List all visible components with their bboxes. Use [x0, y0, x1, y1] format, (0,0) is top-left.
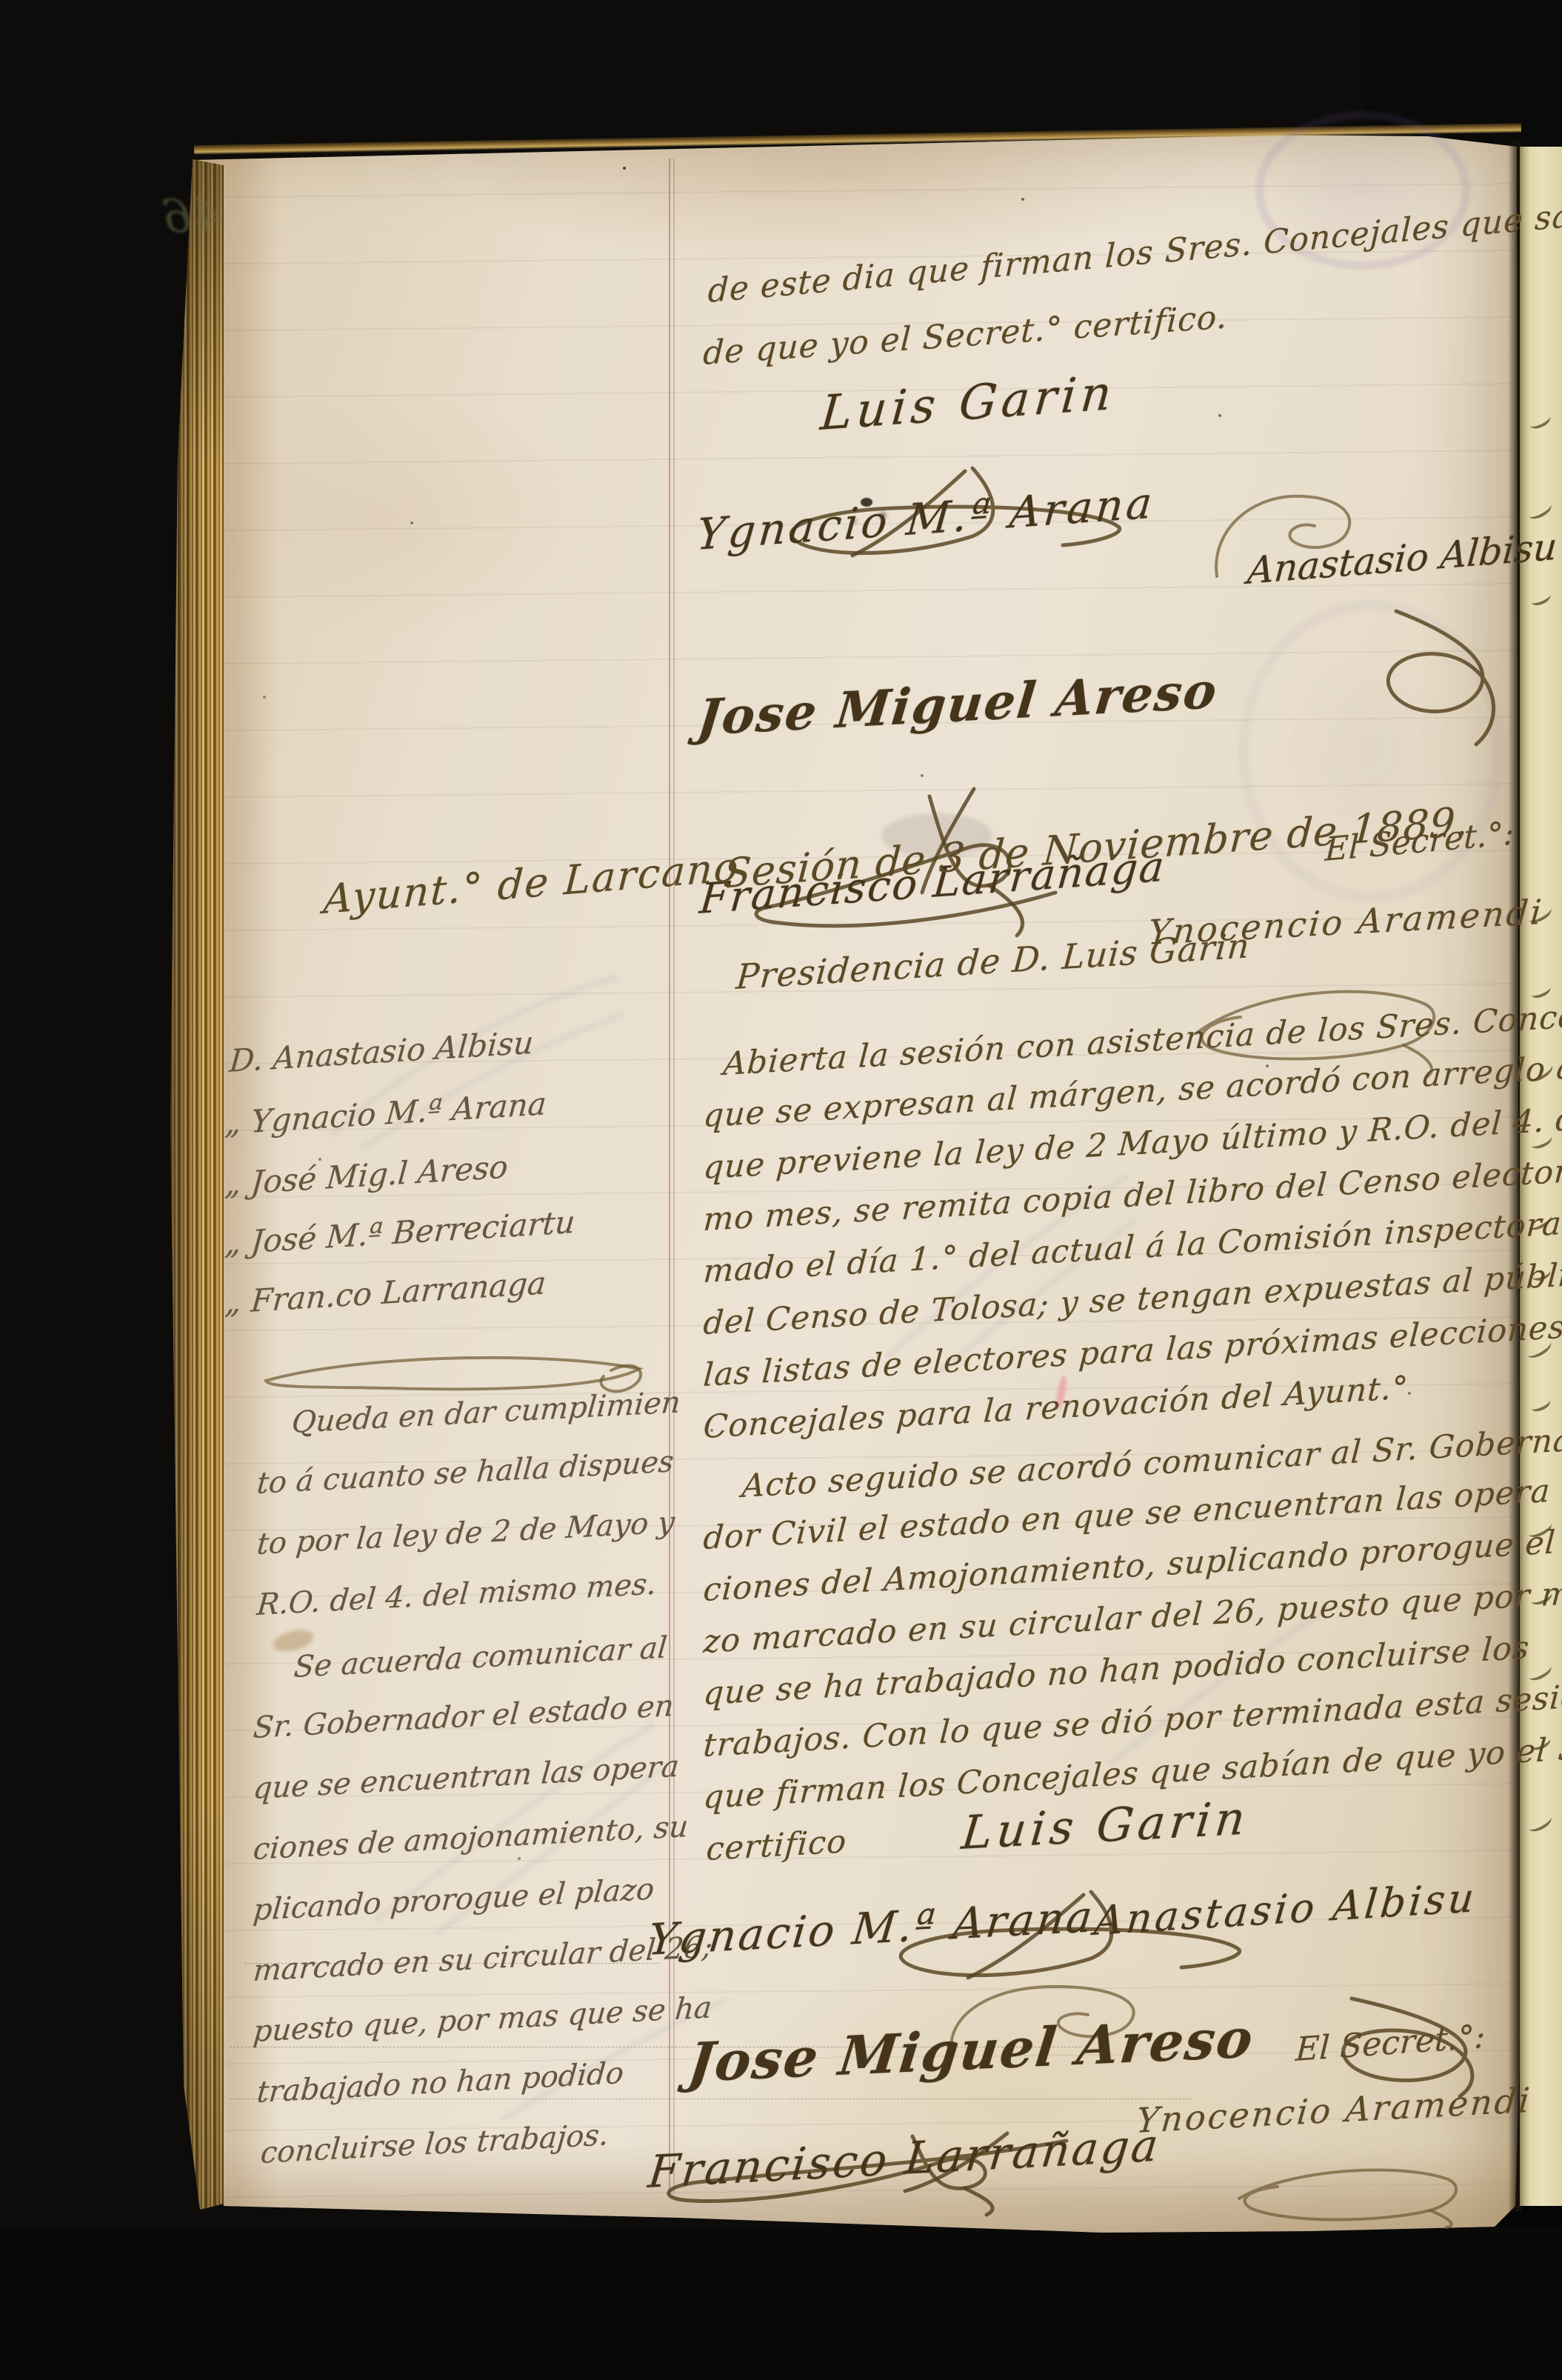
margin-rule-line: [673, 159, 675, 2194]
page-edge-stack: [170, 159, 224, 2210]
rubric-flourish: [1226, 2157, 1470, 2227]
scanned-manuscript-photo: 46 de este dia que firman los Sres. Conc…: [0, 0, 1562, 2380]
dust-specks: [0, 0, 1, 1]
background-bottom: [0, 2226, 1562, 2380]
folio-number-ghost: 46: [161, 187, 222, 244]
margin-rule-line: [669, 159, 670, 2194]
rubric-flourish: [1366, 604, 1518, 752]
